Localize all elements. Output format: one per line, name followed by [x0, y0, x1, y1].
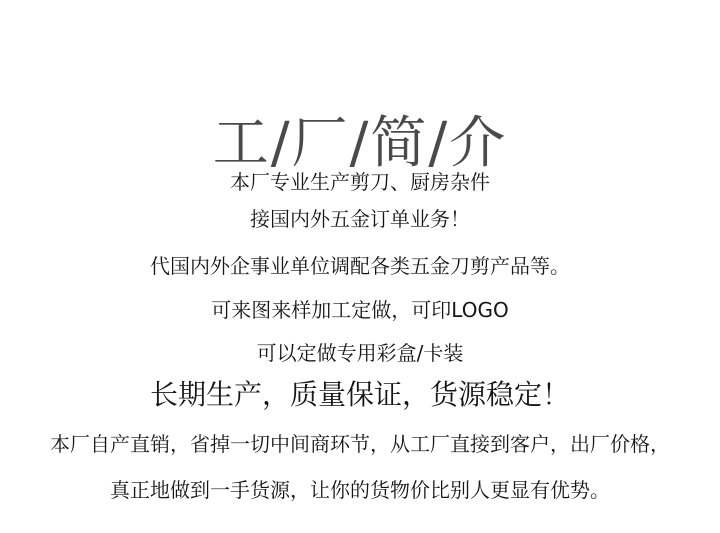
intro-line-procurement: 代国内外企事业单位调配各类五金刀剪产品等。 — [0, 250, 720, 282]
closing-line-advantage: 真正地做到一手货源，让你的货物价比别人更显有优势。 — [0, 474, 720, 506]
intro-line-orders: 接国内外五金订单业务！ — [0, 203, 720, 235]
closing-line-direct-sales: 本厂自产直销，省掉一切中间商环节，从工厂直接到客户，出厂价格， — [0, 428, 720, 460]
intro-line-packaging: 可以定做专用彩盒/卡装 — [0, 337, 720, 369]
slogan: 长期生产，质量保证，货源稳定！ — [0, 374, 720, 416]
intro-line-products: 本厂专业生产剪刀、厨房杂件 — [0, 166, 720, 198]
intro-line-custom-logo: 可来图来样加工定做，可印LOGO — [0, 294, 720, 326]
